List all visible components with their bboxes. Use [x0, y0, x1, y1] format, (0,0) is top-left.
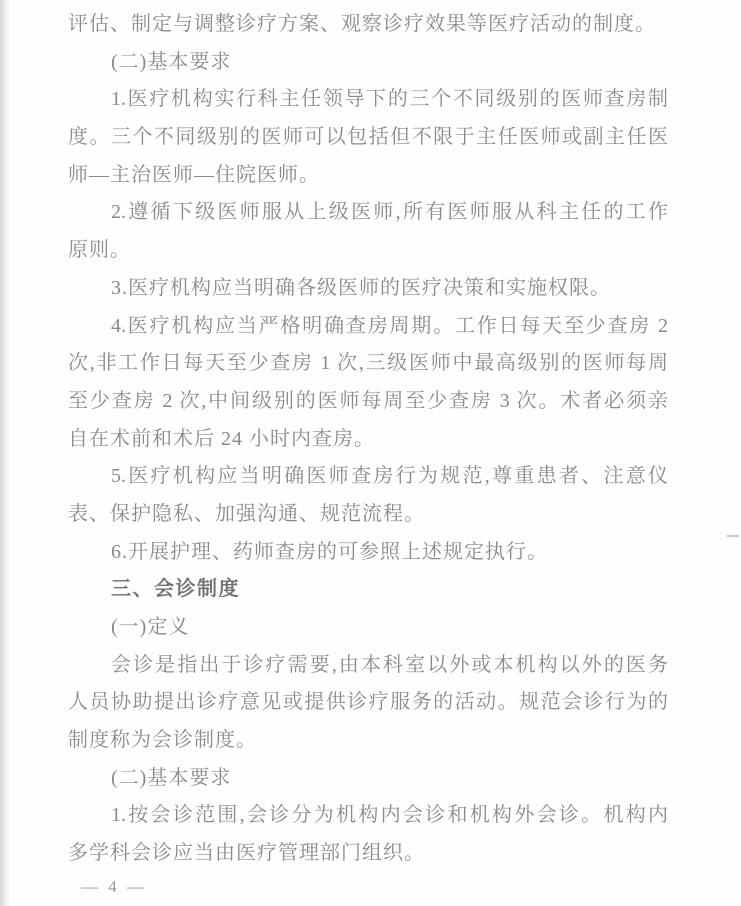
document-page: 评估、制定与调整诊疗方案、观察诊疗效果等医疗活动的制度。(二)基本要求1.医疗机… [0, 0, 741, 906]
text-line: 1.按会诊范围,会诊分为机构内会诊和机构外会诊。机构内 [68, 797, 668, 835]
text-line: 5.医疗机构应当明确医师查房行为规范,尊重患者、注意仪 [68, 458, 668, 496]
scan-artifact [727, 535, 739, 537]
text-line: 制度称为会诊制度。 [68, 722, 668, 760]
text-line: 至少查房 2 次,中间级别的医师每周至少查房 3 次。术者必须亲 [68, 383, 668, 421]
text-line: 1.医疗机构实行科主任领导下的三个不同级别的医师查房制 [68, 81, 668, 119]
text-line: 会诊是指出于诊疗需要,由本科室以外或本机构以外的医务 [68, 647, 668, 685]
text-line: (一)定义 [68, 609, 668, 647]
text-line: (二)基本要求 [68, 760, 668, 798]
scan-edge-shadow [0, 0, 10, 906]
text-line: 多学科会诊应当由医疗管理部门组织。 [68, 835, 668, 873]
text-line: 度。三个不同级别的医师可以包括但不限于主任医师或副主任医 [68, 119, 668, 157]
text-line: 评估、制定与调整诊疗方案、观察诊疗效果等医疗活动的制度。 [68, 6, 668, 44]
page-footer: — 4 — [68, 872, 147, 902]
text-line: 6.开展护理、药师查房的可参照上述规定执行。 [68, 534, 668, 572]
text-line: 3.医疗机构应当明确各级医师的医疗决策和实施权限。 [68, 270, 668, 308]
text-line: 2.遵循下级医师服从上级医师,所有医师服从科主任的工作 [68, 194, 668, 232]
text-line: 原则。 [68, 232, 668, 270]
text-line: (二)基本要求 [68, 44, 668, 82]
section-heading-line: 三、会诊制度 [68, 571, 668, 609]
document-body: 评估、制定与调整诊疗方案、观察诊疗效果等医疗活动的制度。(二)基本要求1.医疗机… [68, 0, 668, 873]
text-line: 师—主治医师—住院医师。 [68, 157, 668, 195]
text-line: 自在术前和术后 24 小时内查房。 [68, 421, 668, 459]
page-number: — 4 — [81, 877, 147, 896]
text-line: 表、保护隐私、加强沟通、规范流程。 [68, 496, 668, 534]
text-line: 人员协助提出诊疗意见或提供诊疗服务的活动。规范会诊行为的 [68, 684, 668, 722]
text-line: 4.医疗机构应当严格明确查房周期。工作日每天至少查房 2 [68, 308, 668, 346]
text-line: 次,非工作日每天至少查房 1 次,三级医师中最高级别的医师每周 [68, 345, 668, 383]
